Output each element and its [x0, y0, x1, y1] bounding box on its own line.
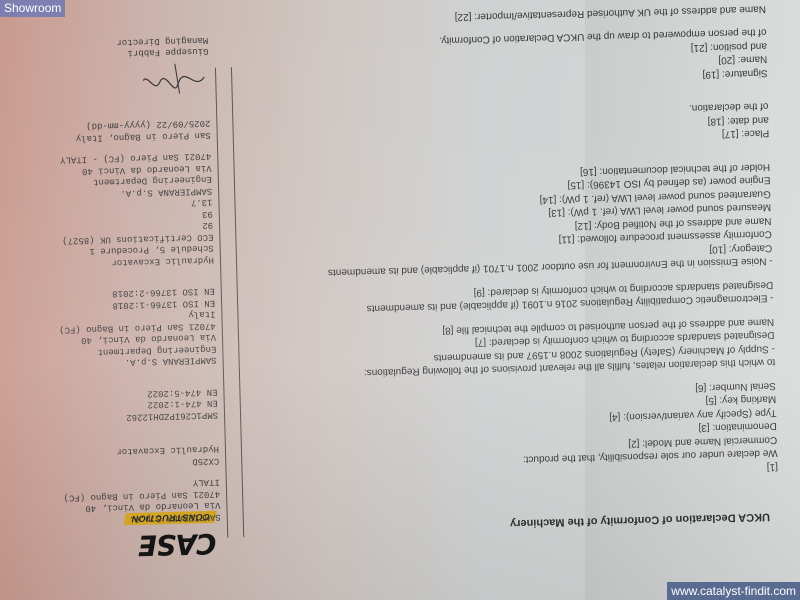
column-divider: [231, 67, 244, 537]
url-watermark: www.catalyst-findit.com: [667, 582, 800, 600]
field-labels: [1] We declare under our sole responsibi…: [246, 2, 778, 487]
value-date-text: 2025/09/22: [156, 118, 210, 129]
logo-brand: CASE: [125, 527, 216, 562]
declaration-sheet: UKCA Declaration of Conformity of the Ma…: [0, 0, 800, 600]
showroom-watermark: Showroom: [0, 0, 65, 17]
signature-icon: [139, 61, 210, 99]
signature-area: [9, 56, 210, 102]
field-values: SAMPIERANA S.p.A. Via Leonardo da Vinci,…: [8, 33, 221, 527]
value-date-format: (yyyy-mm-dd): [86, 120, 151, 132]
values-column: CASE CONSTRUCTION SAMPIERANA S.p.A. Via …: [13, 37, 247, 563]
